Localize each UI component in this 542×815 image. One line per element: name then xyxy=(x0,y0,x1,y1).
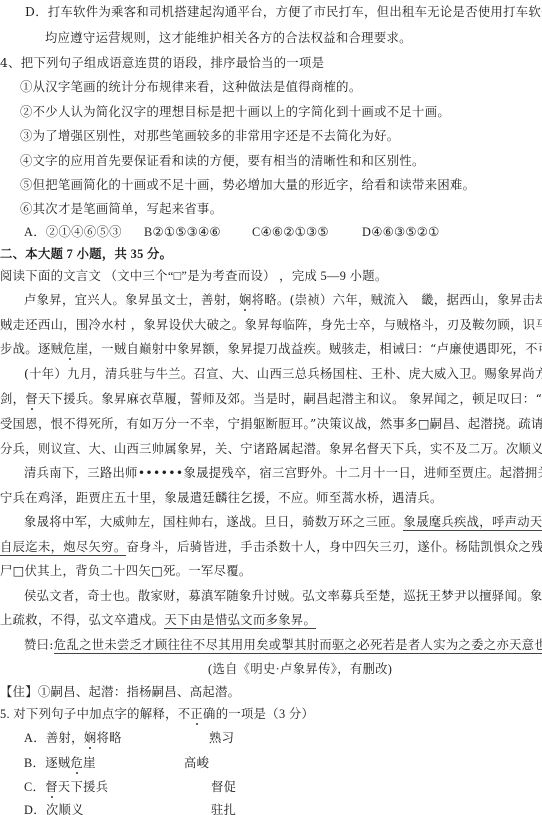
q5-option-b-gloss: 高峻 xyxy=(184,755,209,771)
q4-sentence-3: ③为了增强区别性，对那些笔画较多的非常用字还是不去简化为好。 xyxy=(20,128,399,144)
passage-p2-line4: 分兵，则议宣、大、山西三帅属象昇，关、宁诸路属起潜。象昇名督天下兵，实不及二万。… xyxy=(0,441,542,457)
passage-p5-line2: 上疏救，不得，弘文卒遣戍。天下由是惜弘文而多象昇。 xyxy=(0,612,316,628)
option-text: 逐贼 xyxy=(45,756,70,770)
underlined-sentence: 象晟麾兵疾战，呼声动天， xyxy=(403,515,542,531)
passage-p2-line2: 剑，督天下援兵。象昇麻衣草履，誓师及郊。当是时，嗣昌起潜主和议。 象昇闻之，顿足… xyxy=(0,391,542,407)
passage-p3-line2: 宁兵在鸡泽，距贾庄五十里，象晟遣廷麟往乞援，不应。师至蒿水桥，遇清兵。 xyxy=(0,490,443,506)
passage-text: 将略。(崇祯）六年，贼流入 畿，据西山，象昇击却之。 xyxy=(252,293,542,307)
q5-stem-text: 的一项是（3 分） xyxy=(216,707,314,721)
q5-option-d-gloss: 驻扎 xyxy=(211,802,236,815)
option-label: A． xyxy=(24,731,46,745)
option-label: D． xyxy=(24,803,46,815)
q4-option-a[interactable]: A．②①④⑥⑤③ xyxy=(24,224,144,240)
q4-option-c[interactable]: C④⑥②①③⑤ xyxy=(252,224,362,240)
passage-p1-line3: 步战。逐贼危崖，一贼自巅射中象昇额，象昇提刀战益疾。贼骇走，相诫曰：“卢廉使遇即… xyxy=(0,341,542,357)
option-label: C． xyxy=(24,780,45,794)
q4-sentence-5: ⑤但把笔画简化的十画或不足十画，势必增加大量的形近字，给看和读带来困难。 xyxy=(20,177,475,193)
passage-p5-line1: 侯弘文者，奇士也。散家财，募滇军随象升讨贼。弘文率募兵至楚，巡抚王梦尹以擅驿闻。… xyxy=(24,588,542,604)
passage-p2-line1: (十年）九月，清兵驻与牛兰。召宣、大、山西三总兵杨国柱、王朴、虎大威入卫。赐象昇… xyxy=(24,366,542,382)
q5-option-d[interactable]: D．次顺义 xyxy=(24,802,84,815)
q5-option-c[interactable]: C．督天下援兵 xyxy=(24,779,108,795)
underlined-sentence: 自辰迄未，炮尽矢穷。 xyxy=(0,540,126,556)
dotted-char: 不正确 xyxy=(178,707,216,721)
passage-text: 象晟将中军，大威帅左，国柱帅右，遂战。旦日，骑数万环之三匝。 xyxy=(24,515,403,529)
option-text: 顺义 xyxy=(59,803,84,815)
q5-option-c-gloss: 督促 xyxy=(211,779,236,795)
q4-sentence-4: ④文字的应用首先要保证看和读的方便，要有相当的清晰性和和区别性。 xyxy=(20,153,425,169)
q4-sentence-1: ①从汉字笔画的统计分布规律来看，这种做法是值得商榷的。 xyxy=(20,79,361,95)
passage-text: 崖，一贼自巅射中象昇额，象昇提刀战益疾。贼骇走，相诫曰：“卢廉使遇即死，不可犯。… xyxy=(76,342,542,356)
zan-label: 赞曰: xyxy=(24,638,54,652)
passage-p4-line3: 尸□伏其上，背负二十四矢□死。一军尽覆。 xyxy=(0,563,252,579)
dotted-char: 娴 xyxy=(239,293,252,307)
dotted-char: 次 xyxy=(46,803,59,815)
option-text: 善射， xyxy=(46,731,84,745)
passage-text: 卢象昇，宜兴人。象昇虽文士，善射， xyxy=(24,293,239,307)
q3-option-d-line2: 均应遵守运营规则，这才能维护相关各方的合法权益和合理要求。 xyxy=(45,30,412,46)
dotted-char: 督 xyxy=(25,392,38,406)
passage-note: 【住】①嗣昌、起潜：指杨嗣昌、高起潜。 xyxy=(0,684,240,700)
q5-option-b[interactable]: B．逐贼危崖 xyxy=(24,755,96,771)
passage-text: 天下援兵。象昇麻衣草履，誓师及郊。当是时，嗣昌起潜主和议。 象昇闻之，顿足叹曰：… xyxy=(38,392,542,406)
q4-options: A．②①④⑥⑤③B②①⑤③④⑥C④⑥②①③⑤D④⑥③⑤②① xyxy=(24,224,439,240)
passage-text: 奋身斗，后骑皆进，手击杀数十人，身中四矢三刃，遂仆。杨陆凯惧众之残其 xyxy=(126,540,542,554)
q4-stem: 4、把下列句子组成语意连贯的语段，排序最恰当的一项是 xyxy=(0,55,324,71)
passage-p3-line1: 清兵南下，三路出师••••••象晟提残卒，宿三宫野外。十二月十一日，进师至贾庄。… xyxy=(24,465,542,481)
passage-text: 步战。逐贼 xyxy=(0,342,63,356)
passage-source: (选自《明史·卢象昇传》，有删改) xyxy=(208,661,392,677)
dotted-char: 娴 xyxy=(84,731,97,745)
dotted-char: 督 xyxy=(45,780,58,794)
underlined-sentence: 危乱之世未尝乏才顾往往不尽其用用矣或掣其肘而驱之必死若是者人实为之委之亦天意也。 xyxy=(54,638,542,654)
passage-zan: 赞曰:危乱之世未尝乏才顾往往不尽其用用矣或掣其肘而驱之必死若是者人实为之委之亦天… xyxy=(24,637,542,653)
passage-p2-line3: 受国恩，恨不得死所，有如万分一不幸，宁捐躯断脰耳。”决策议战，然事多□嗣昌、起潜… xyxy=(0,416,542,432)
passage-p4-line1: 象晟将中军，大威帅左，国柱帅右，遂战。旦日，骑数万环之三匝。象晟麾兵疾战，呼声动… xyxy=(24,514,542,530)
q4-option-b[interactable]: B②①⑤③④⑥ xyxy=(144,224,252,240)
q4-option-d[interactable]: D④⑥③⑤②① xyxy=(362,224,439,240)
section-2-instruction: 阅读下面的文言文 （文中三个“□”是为考查而设） ，完成 5—9 小题。 xyxy=(0,268,388,284)
dotted-char: 危 xyxy=(63,342,76,356)
option-text: 崖 xyxy=(83,756,96,770)
underlined-sentence: 天下由是惜弘文而多象昇。 xyxy=(164,613,316,629)
q4-sentence-6: ⑥其次才是笔画简单，写起来省事。 xyxy=(20,201,222,217)
option-label: B． xyxy=(24,756,45,770)
q5-option-a[interactable]: A．善射，娴将略 xyxy=(24,730,122,746)
passage-text: 上疏救，不得，弘文卒遣戍。 xyxy=(0,613,164,627)
passage-text: 剑， xyxy=(0,392,25,406)
q4-sentence-2: ②不少人认为简化汉字的理想目标是把十画以上的字简化到十画或不足十画。 xyxy=(20,104,450,120)
q3-option-d-line1: D．打车软件为乘客和司机搭建起沟通平台，方便了市民打车，但出租车无论是否使用打车… xyxy=(25,4,542,20)
passage-p4-line2: 自辰迄未，炮尽矢穷。奋身斗，后骑皆进，手击杀数十人，身中四矢三刃，遂仆。杨陆凯惧… xyxy=(0,539,542,555)
q5-stem: 5. 对下列句子中加点字的解释，不正确的一项是（3 分） xyxy=(0,706,314,722)
passage-p1-line2: 贼走还西山，围冷水村 ，象昇设伏大破之。象昇每临阵，身先士卒，与贼格斗，刃及鞍勿… xyxy=(0,317,542,333)
q5-stem-text: 5. 对下列句子中加点字的解释， xyxy=(0,707,178,721)
q5-option-a-gloss: 熟习 xyxy=(209,730,234,746)
option-text: 天下援兵 xyxy=(58,780,109,794)
option-text: 将略 xyxy=(97,731,122,745)
dotted-char: 危 xyxy=(71,756,84,770)
passage-p1-line1: 卢象昇，宜兴人。象昇虽文士，善射，娴将略。(崇祯）六年，贼流入 畿，据西山，象昇… xyxy=(24,292,542,308)
section-2-heading: 二、本大题 7 小题，共 35 分。 xyxy=(0,246,172,262)
